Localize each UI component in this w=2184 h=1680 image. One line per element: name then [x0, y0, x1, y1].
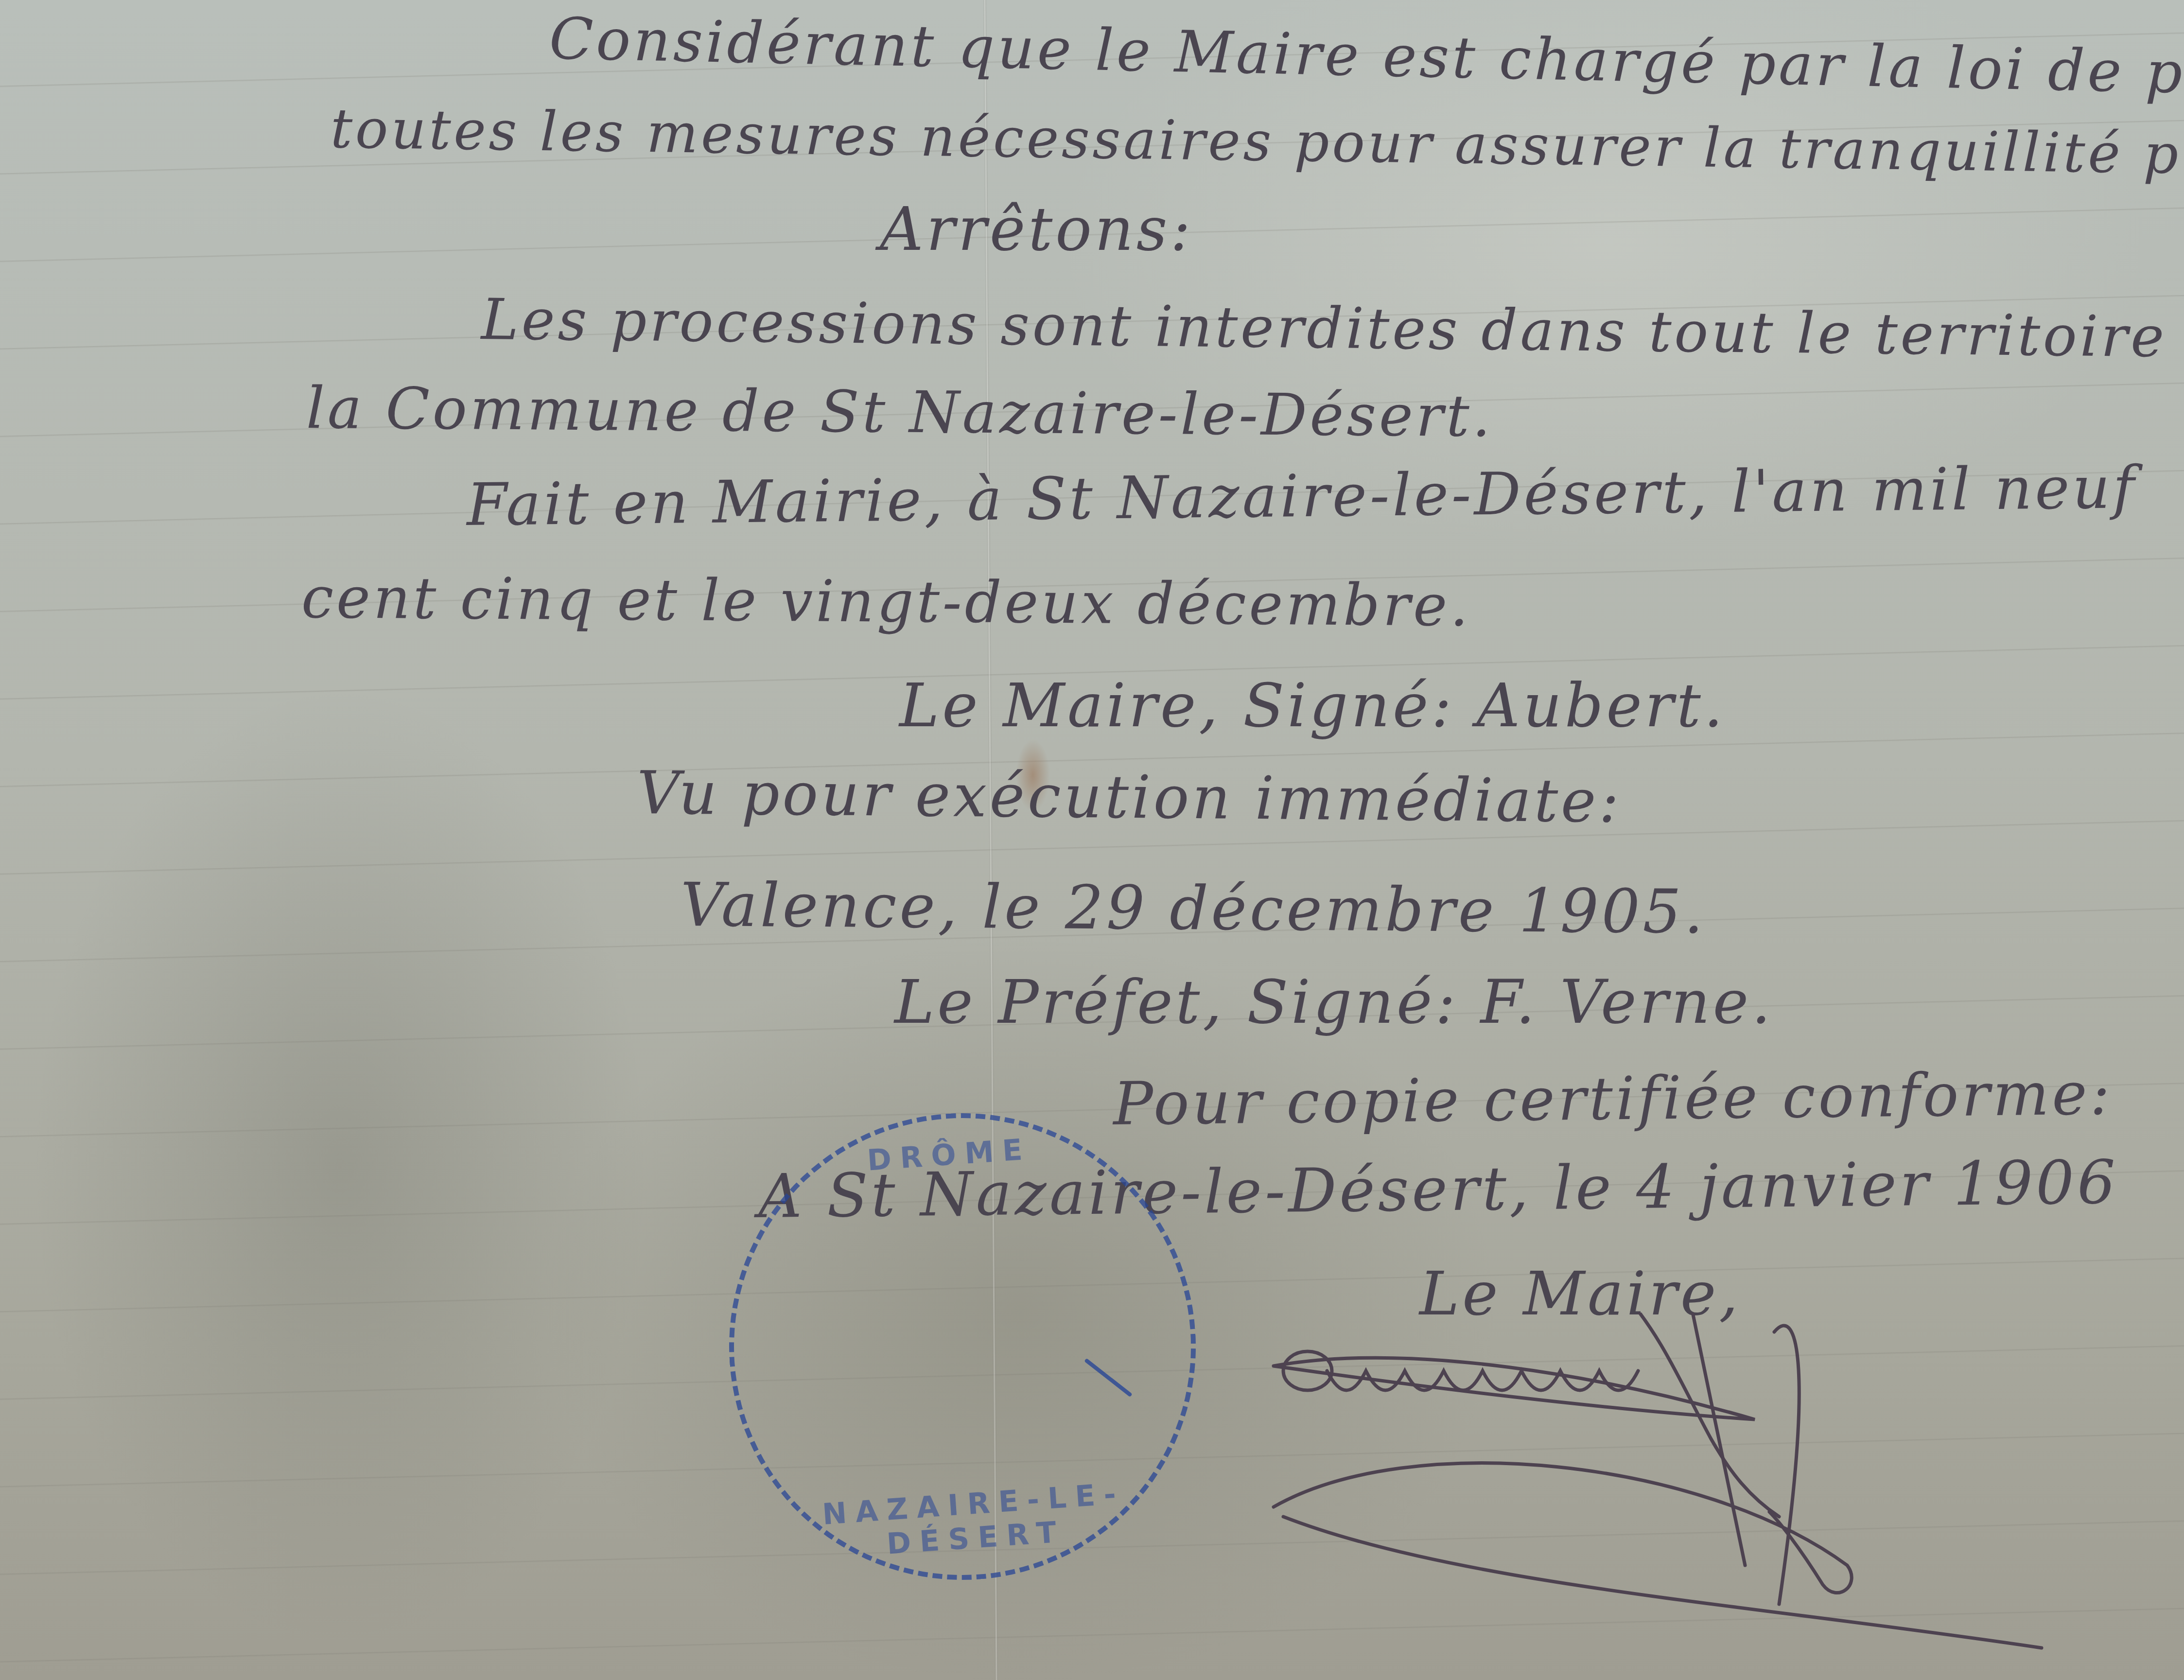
text-line-cent-cinq: cent cinq et le vingt-deux décembre. — [301, 564, 1472, 639]
document-page: Considérant que le Maire est chargé par … — [0, 0, 2184, 1680]
mayor-signature — [1264, 1312, 2090, 1653]
text-line-arretons: Arrêtons: — [880, 194, 1193, 264]
text-line-vu-pour-execution: Vu pour exécution immédiate: — [636, 758, 1622, 836]
text-line-commune: la Commune de St Nazaire-le-Désert. — [306, 374, 1494, 450]
text-line-copie-certifiee: Pour copie certifiée conforme: — [1113, 1059, 2113, 1138]
text-line-valence: Valence, le 29 décembre 1905. — [680, 870, 1706, 947]
text-line-prefet-signe: Le Préfet, Signé: F. Verne. — [894, 967, 1774, 1037]
text-line-maire-signe: Le Maire, Signé: Aubert. — [899, 671, 1726, 741]
